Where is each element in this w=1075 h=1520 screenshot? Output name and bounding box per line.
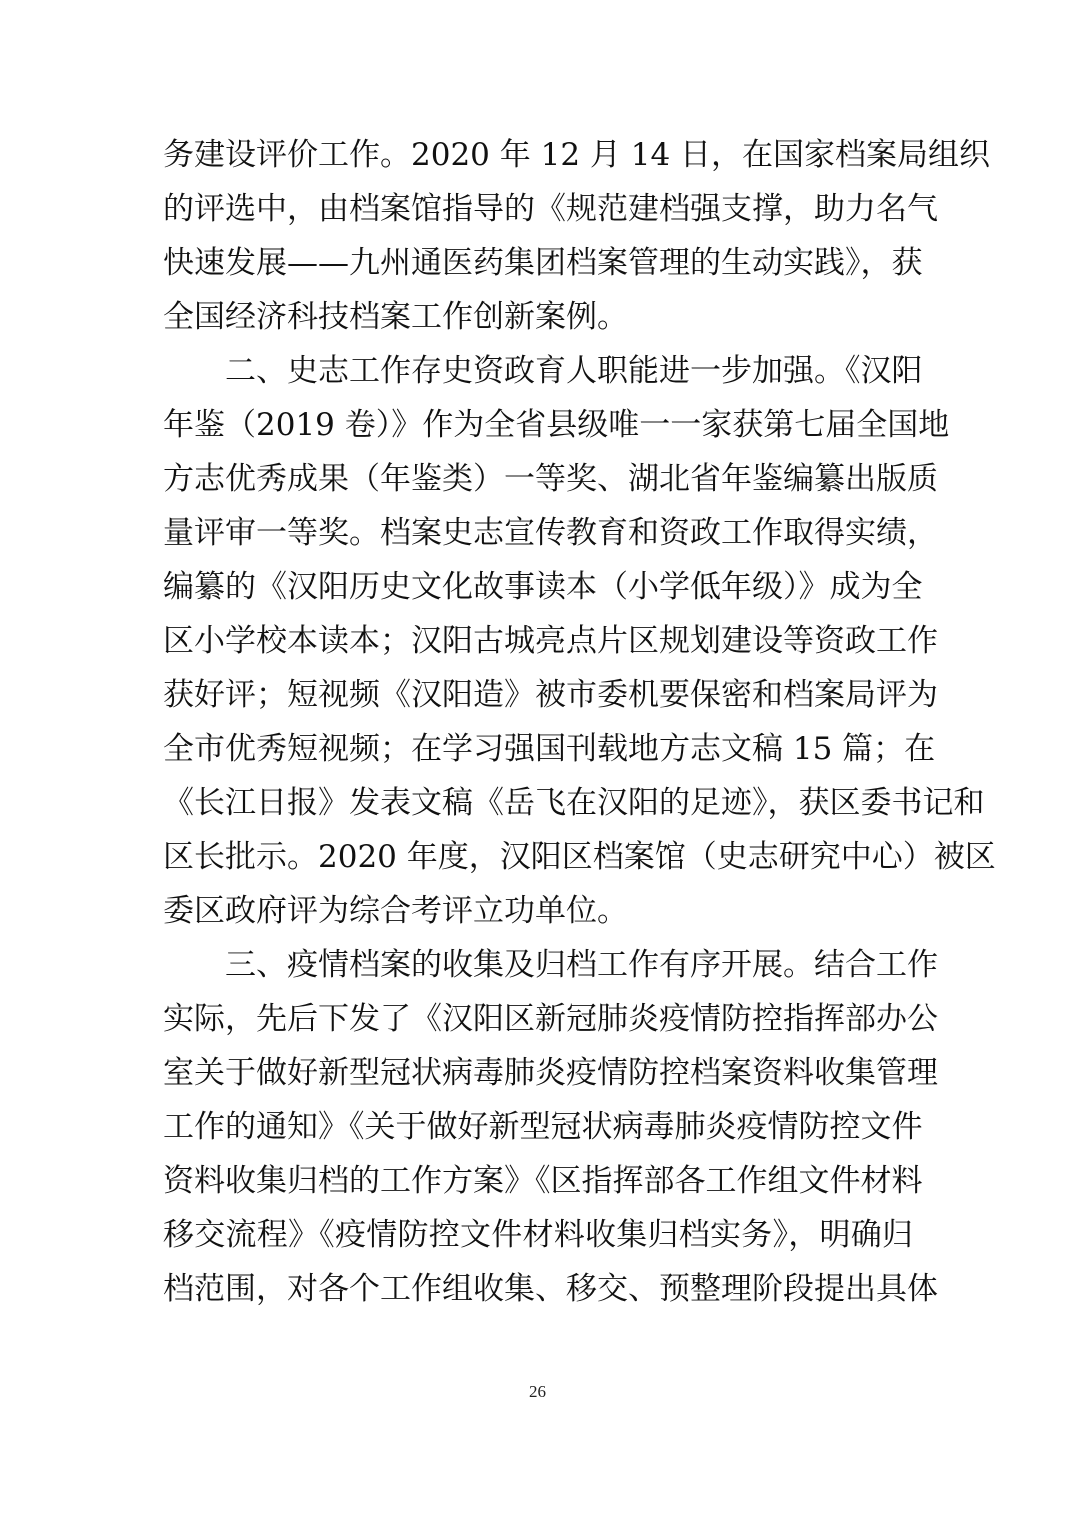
text-line: 《长江日报》发表文稿《岳飞在汉阳的足迹》，获区委书记和: [163, 776, 913, 830]
text-line: 编纂的《汉阳历史文化故事读本（小学低年级）》成为全: [163, 560, 913, 614]
text-line: 资料收集归档的工作方案》《区指挥部各工作组文件材料: [163, 1154, 913, 1208]
text-line: 方志优秀成果（年鉴类）一等奖、湖北省年鉴编纂出版质: [163, 452, 913, 506]
text-line: 务建设评价工作。2020 年 12 月 14 日，在国家档案局组织: [163, 128, 913, 182]
text-line: 实际，先后下发了《汉阳区新冠肺炎疫情防控指挥部办公: [163, 992, 913, 1046]
text-line: 年鉴（2019 卷）》作为全省县级唯一一家获第七届全国地: [163, 398, 913, 452]
text-line: 移交流程》《疫情防控文件材料收集归档实务》，明确归: [163, 1208, 913, 1262]
section-heading-line: 三、疫情档案的收集及归档工作有序开展。结合工作: [163, 938, 913, 992]
text-line: 委区政府评为综合考评立功单位。: [163, 884, 913, 938]
paragraph-section-three: 三、疫情档案的收集及归档工作有序开展。结合工作 实际，先后下发了《汉阳区新冠肺炎…: [163, 938, 913, 1316]
text-line: 快速发展——九州通医药集团档案管理的生动实践》，获: [163, 236, 913, 290]
text-line: 的评选中，由档案馆指导的《规范建档强支撑，助力名气: [163, 182, 913, 236]
document-page: 务建设评价工作。2020 年 12 月 14 日，在国家档案局组织 的评选中，由…: [0, 0, 1075, 1520]
text-line: 获好评；短视频《汉阳造》被市委机要保密和档案局评为: [163, 668, 913, 722]
text-line: 全国经济科技档案工作创新案例。: [163, 290, 913, 344]
text-line: 全市优秀短视频；在学习强国刊载地方志文稿 15 篇；在: [163, 722, 913, 776]
page-number: 26: [0, 1382, 1075, 1402]
text-line: 量评审一等奖。档案史志宣传教育和资政工作取得实绩，: [163, 506, 913, 560]
text-line: 室关于做好新型冠状病毒肺炎疫情防控档案资料收集管理: [163, 1046, 913, 1100]
text-line: 档范围，对各个工作组收集、移交、预整理阶段提出具体: [163, 1262, 913, 1316]
paragraph-section-two: 二、史志工作存史资政育人职能进一步加强。《汉阳 年鉴（2019 卷）》作为全省县…: [163, 344, 913, 938]
text-line: 工作的通知》《关于做好新型冠状病毒肺炎疫情防控文件: [163, 1100, 913, 1154]
body-text: 务建设评价工作。2020 年 12 月 14 日，在国家档案局组织 的评选中，由…: [163, 128, 913, 1316]
text-line: 区小学校本读本；汉阳古城亮点片区规划建设等资政工作: [163, 614, 913, 668]
text-line: 区长批示。2020 年度，汉阳区档案馆（史志研究中心）被区: [163, 830, 913, 884]
section-heading-line: 二、史志工作存史资政育人职能进一步加强。《汉阳: [163, 344, 913, 398]
paragraph-continuation: 务建设评价工作。2020 年 12 月 14 日，在国家档案局组织 的评选中，由…: [163, 128, 913, 344]
